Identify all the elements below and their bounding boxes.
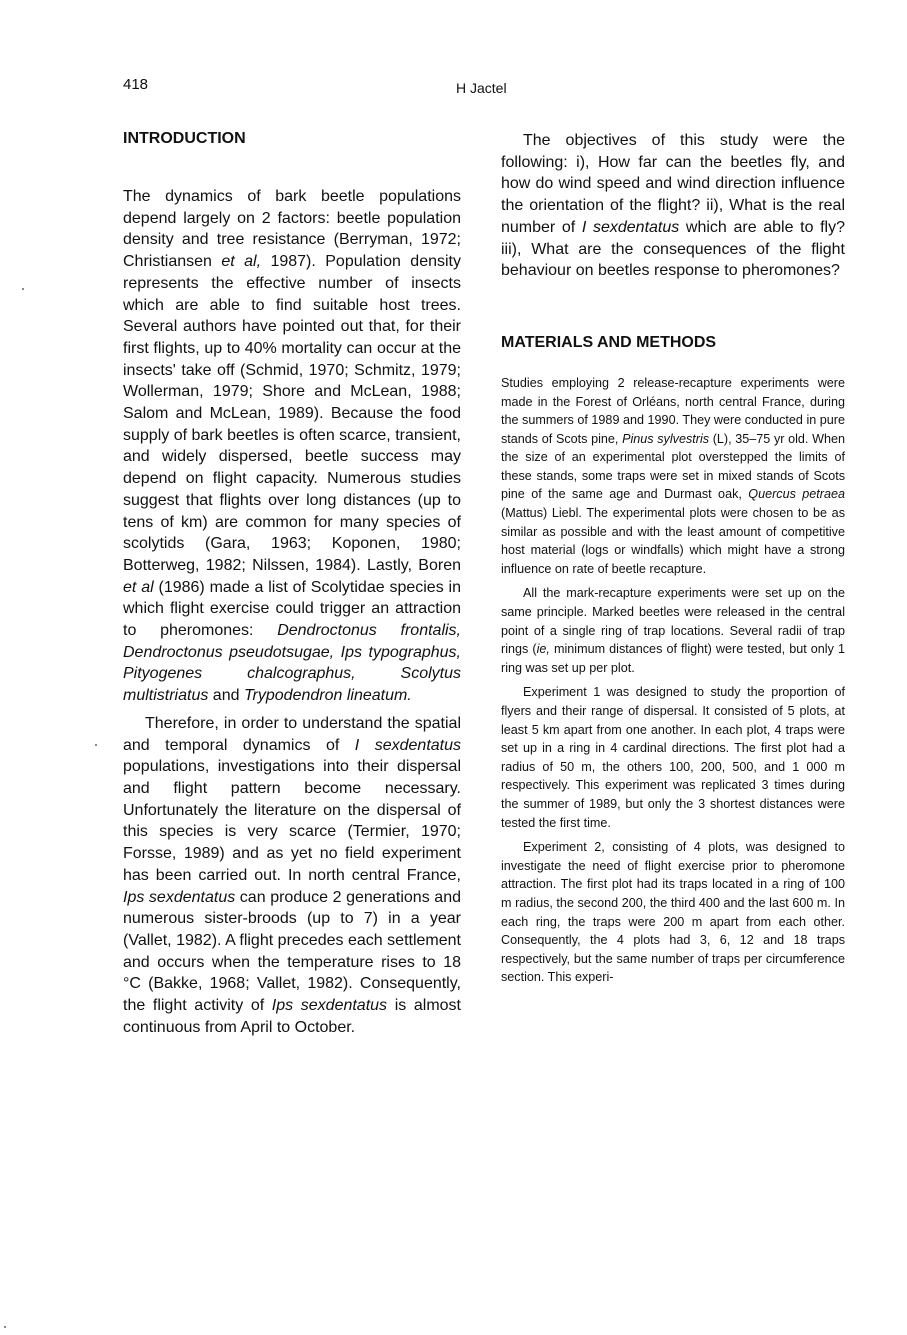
methods-paragraph-4: Experiment 2, consisting of 4 plots, was… xyxy=(501,838,845,987)
methods-paragraph-2: All the mark-recapture experiments were … xyxy=(501,584,845,677)
page-number: 418 xyxy=(123,76,148,93)
italic-term: Ips sexdentatus xyxy=(123,889,235,906)
italic-term: Pinus sylvestris xyxy=(622,432,709,446)
scan-speck xyxy=(4,1326,6,1328)
italic-term: ie, xyxy=(537,642,550,656)
right-column: The objectives of this study were the fo… xyxy=(501,130,845,987)
intro-paragraph-2: Therefore, in order to understand the sp… xyxy=(123,713,461,1039)
scan-speck xyxy=(95,744,97,746)
methods-paragraph-3: Experiment 1 was designed to study the p… xyxy=(501,683,845,832)
italic-term: Quercus petraea xyxy=(748,487,845,501)
intro-paragraph-1: The dynamics of bark beetle populations … xyxy=(123,186,461,707)
italic-term: I sexdentatus xyxy=(582,219,679,236)
italic-term: Trypodendron lineatum. xyxy=(244,687,412,704)
italic-term: Ips sexdentatus xyxy=(272,997,387,1014)
introduction-heading: INTRODUCTION xyxy=(123,130,461,148)
running-head-author: H Jactel xyxy=(456,80,507,96)
objectives-paragraph: The objectives of this study were the fo… xyxy=(501,130,845,282)
italic-term: et al xyxy=(123,579,154,596)
methods-paragraph-1: Studies employing 2 release-recapture ex… xyxy=(501,374,845,579)
methods-heading: MATERIALS AND METHODS xyxy=(501,334,845,352)
italic-term: et al, xyxy=(221,253,261,270)
scan-speck xyxy=(22,288,24,290)
italic-term: I sexdentatus xyxy=(355,737,461,754)
left-column: INTRODUCTION The dynamics of bark beetle… xyxy=(123,130,461,1038)
